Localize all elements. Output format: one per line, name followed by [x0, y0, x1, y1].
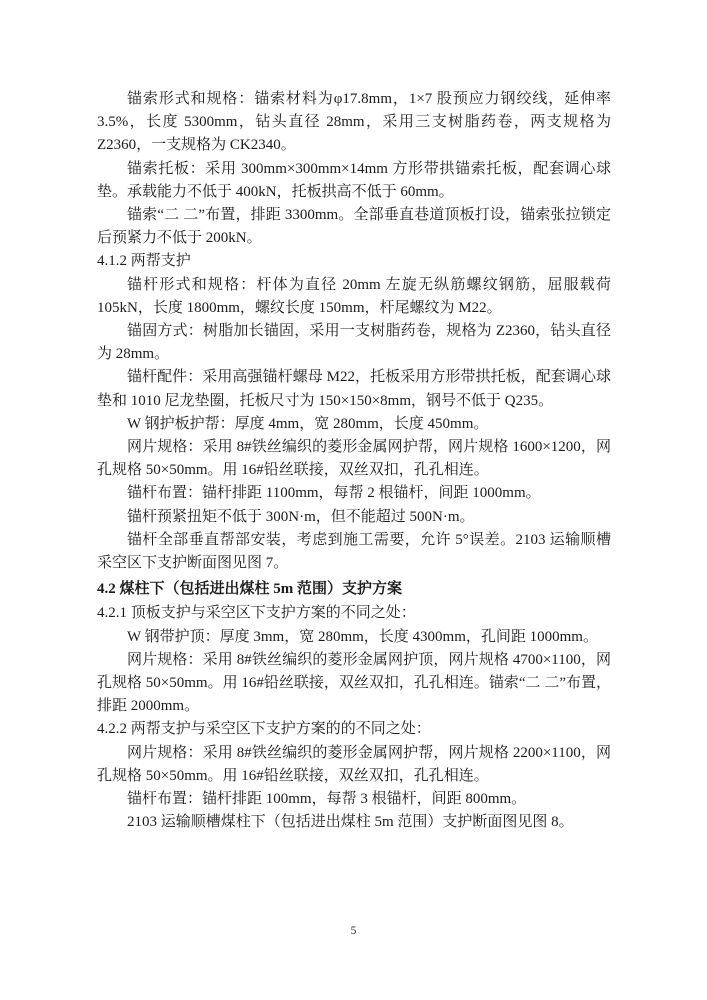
- document-page: 锚索形式和规格：锚索材料为φ17.8mm，1×7 股预应力钢绞线，延伸率 3.5…: [0, 0, 707, 1000]
- subsection-heading: 4.2.2 两帮支护与采空区下支护方案的的不同之处：: [97, 718, 611, 741]
- paragraph: 锚杆布置：锚杆排距 1100mm，每帮 2 根锚杆，间距 1000mm。: [97, 482, 611, 505]
- paragraph: 锚杆全部垂直帮部安装，考虑到施工需要，允许 5°误差。2103 运输顺槽采空区下…: [97, 529, 611, 575]
- paragraph: W 钢护板护帮：厚度 4mm，宽 280mm，长度 450mm。: [97, 413, 611, 436]
- paragraph: 网片规格：采用 8#铁丝编织的菱形金属网护帮，网片规格 1600×1200，网孔…: [97, 436, 611, 482]
- paragraph: 网片规格：采用 8#铁丝编织的菱形金属网护帮，网片规格 2200×1100，网孔…: [97, 742, 611, 788]
- section-heading: 4.2 煤柱下（包括进出煤柱 5m 范围）支护方案: [97, 578, 611, 601]
- paragraph: 网片规格：采用 8#铁丝编织的菱形金属网护顶，网片规格 4700×1100，网孔…: [97, 649, 611, 719]
- paragraph: 锚索“二 二”布置，排距 3300mm。全部垂直巷道顶板打设，锚索张拉锁定后预紧…: [97, 204, 611, 250]
- paragraph: 锚固方式：树脂加长锚固，采用一支树脂药卷，规格为 Z2360，钻头直径为 28m…: [97, 320, 611, 366]
- paragraph: 锚杆布置：锚杆排距 100mm，每帮 3 根锚杆，间距 800mm。: [97, 788, 611, 811]
- page-number: 5: [351, 925, 357, 937]
- document-body: 锚索形式和规格：锚索材料为φ17.8mm，1×7 股预应力钢绞线，延伸率 3.5…: [97, 88, 611, 835]
- paragraph: 锚杆配件：采用高强锚杆螺母 M22，托板采用方形带拱托板，配套调心球垫和 101…: [97, 366, 611, 412]
- page-footer: 5: [0, 925, 707, 937]
- paragraph: 锚杆形式和规格：杆体为直径 20mm 左旋无纵筋螺纹钢筋，屈服载荷 105kN，…: [97, 274, 611, 320]
- paragraph: 锚索形式和规格：锚索材料为φ17.8mm，1×7 股预应力钢绞线，延伸率 3.5…: [97, 88, 611, 158]
- subsection-heading: 4.2.1 顶板支护与采空区下支护方案的不同之处：: [97, 602, 611, 625]
- paragraph: 2103 运输顺槽煤柱下（包括进出煤柱 5m 范围）支护断面图见图 8。: [97, 811, 611, 834]
- subsection-heading: 4.1.2 两帮支护: [97, 250, 611, 273]
- paragraph: W 钢带护顶：厚度 3mm，宽 280mm，长度 4300mm，孔间距 1000…: [97, 626, 611, 649]
- paragraph: 锚索托板：采用 300mm×300mm×14mm 方形带拱锚索托板，配套调心球垫…: [97, 158, 611, 204]
- paragraph: 锚杆预紧扭矩不低于 300N·m，但不能超过 500N·m。: [97, 506, 611, 529]
